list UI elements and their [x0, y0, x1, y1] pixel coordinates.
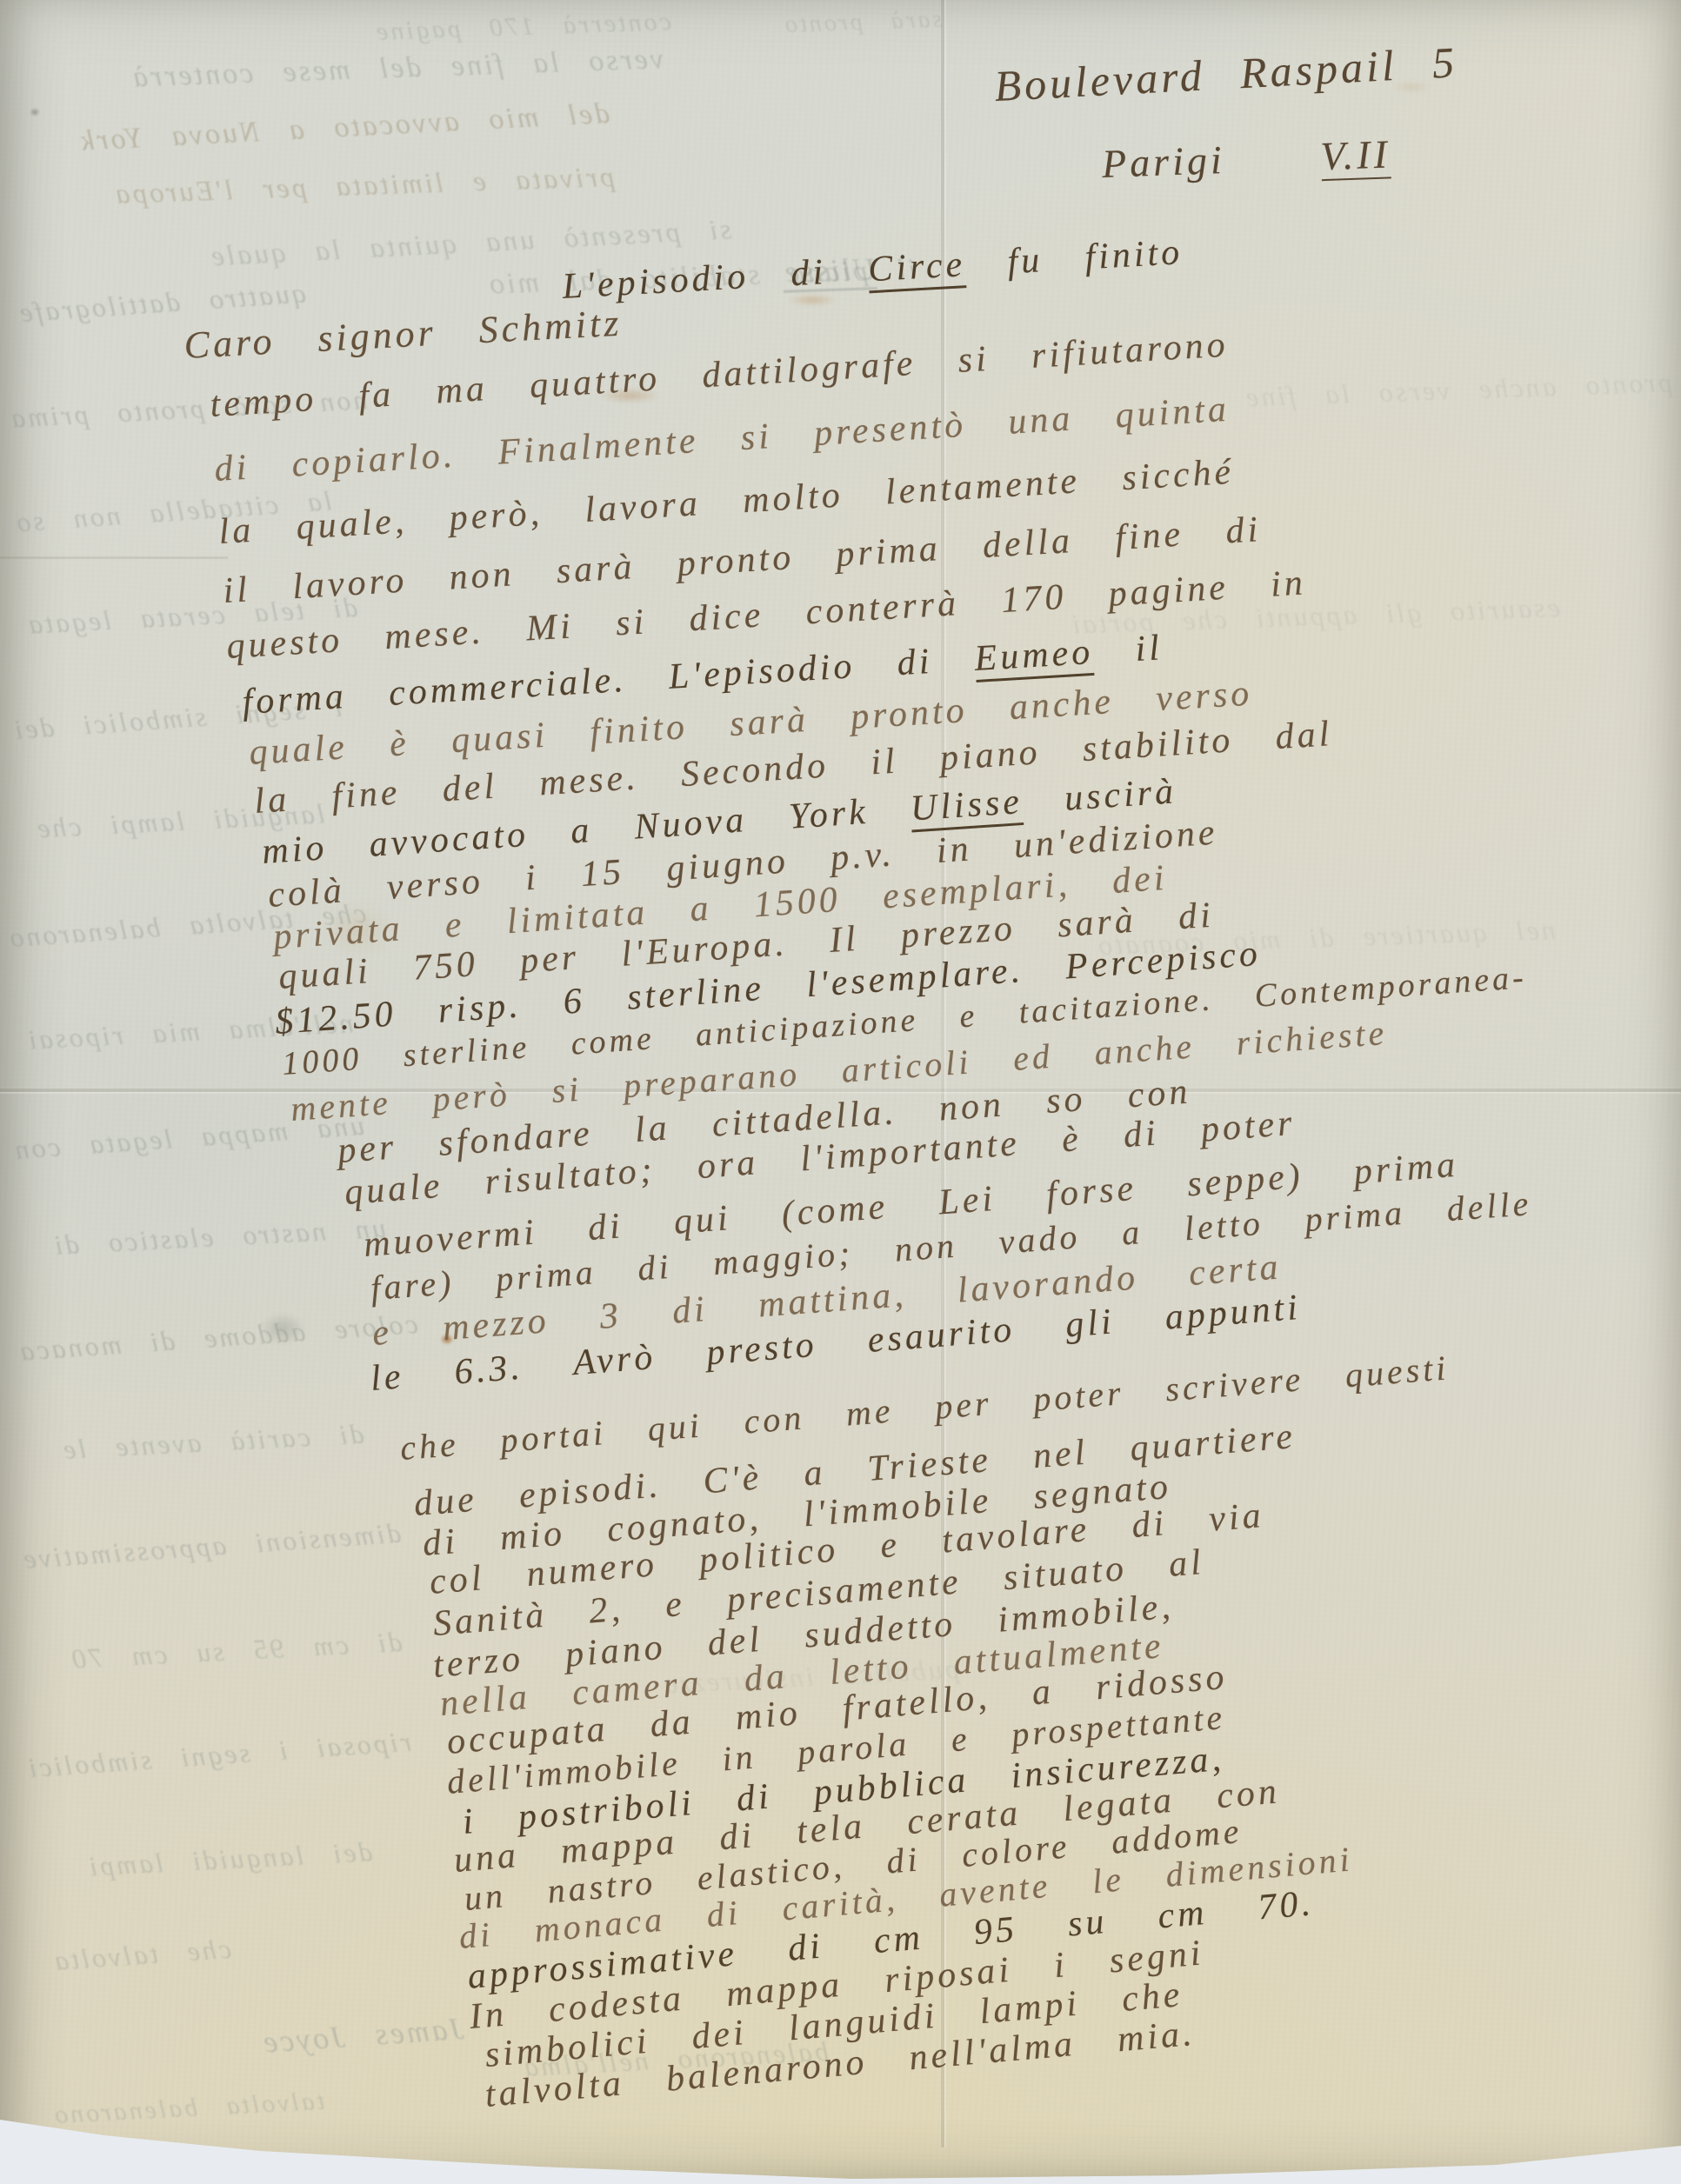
dateline-day: V.II — [1320, 131, 1391, 181]
bleedthrough-line: verso la fine del mese conterrà — [130, 43, 664, 94]
bleedthrough-line: pronto anche verso la fine — [1244, 366, 1673, 413]
bleedthrough-line: talvolta balenarono — [51, 2087, 325, 2130]
dateline-city-day: ParigiV.II — [1101, 130, 1391, 187]
letter-paper: conterrà 170 paginesarà prontoverso la f… — [0, 0, 1681, 2184]
paper-stain — [30, 108, 40, 117]
paper-stain — [787, 294, 837, 306]
left-fold-crease — [0, 556, 228, 559]
bleedthrough-line: dei languidi lampi — [86, 1835, 373, 1882]
dateline-city: Parigi — [1101, 137, 1225, 186]
bleedthrough-line: di cm 95 su cm 70 — [69, 1626, 403, 1675]
bleedthrough-line: di carità avente le — [60, 1418, 364, 1466]
bleedthrough-line: sarà pronto — [782, 6, 942, 39]
bleedthrough-line: un nastro elastico di — [51, 1212, 386, 1262]
bleedthrough-line: riposai i segni simbolici — [25, 1726, 412, 1785]
bleedthrough-line: conterrà 170 pagine — [374, 7, 672, 47]
dateline-address: Boulevard Raspail 5 — [993, 37, 1459, 111]
paper-stain — [259, 1313, 306, 1344]
bleedthrough-line: privata e limitata per l'Europa — [113, 162, 616, 211]
bleedthrough-line: del mio avvocato a Nuova York — [77, 97, 610, 158]
underlined-word: Eumeo — [973, 632, 1094, 682]
bleedthrough-line: che talvolta — [51, 1933, 232, 1977]
bleedthrough-line: James Joyce — [260, 2010, 465, 2061]
bleedthrough-line: dimensioni approssimative — [20, 1517, 402, 1575]
scanned-letter: conterrà 170 paginesarà prontoverso la f… — [0, 0, 1681, 2184]
bleedthrough-line: colore addome di monaca — [17, 1308, 419, 1368]
underlined-word: Circe — [867, 244, 966, 293]
